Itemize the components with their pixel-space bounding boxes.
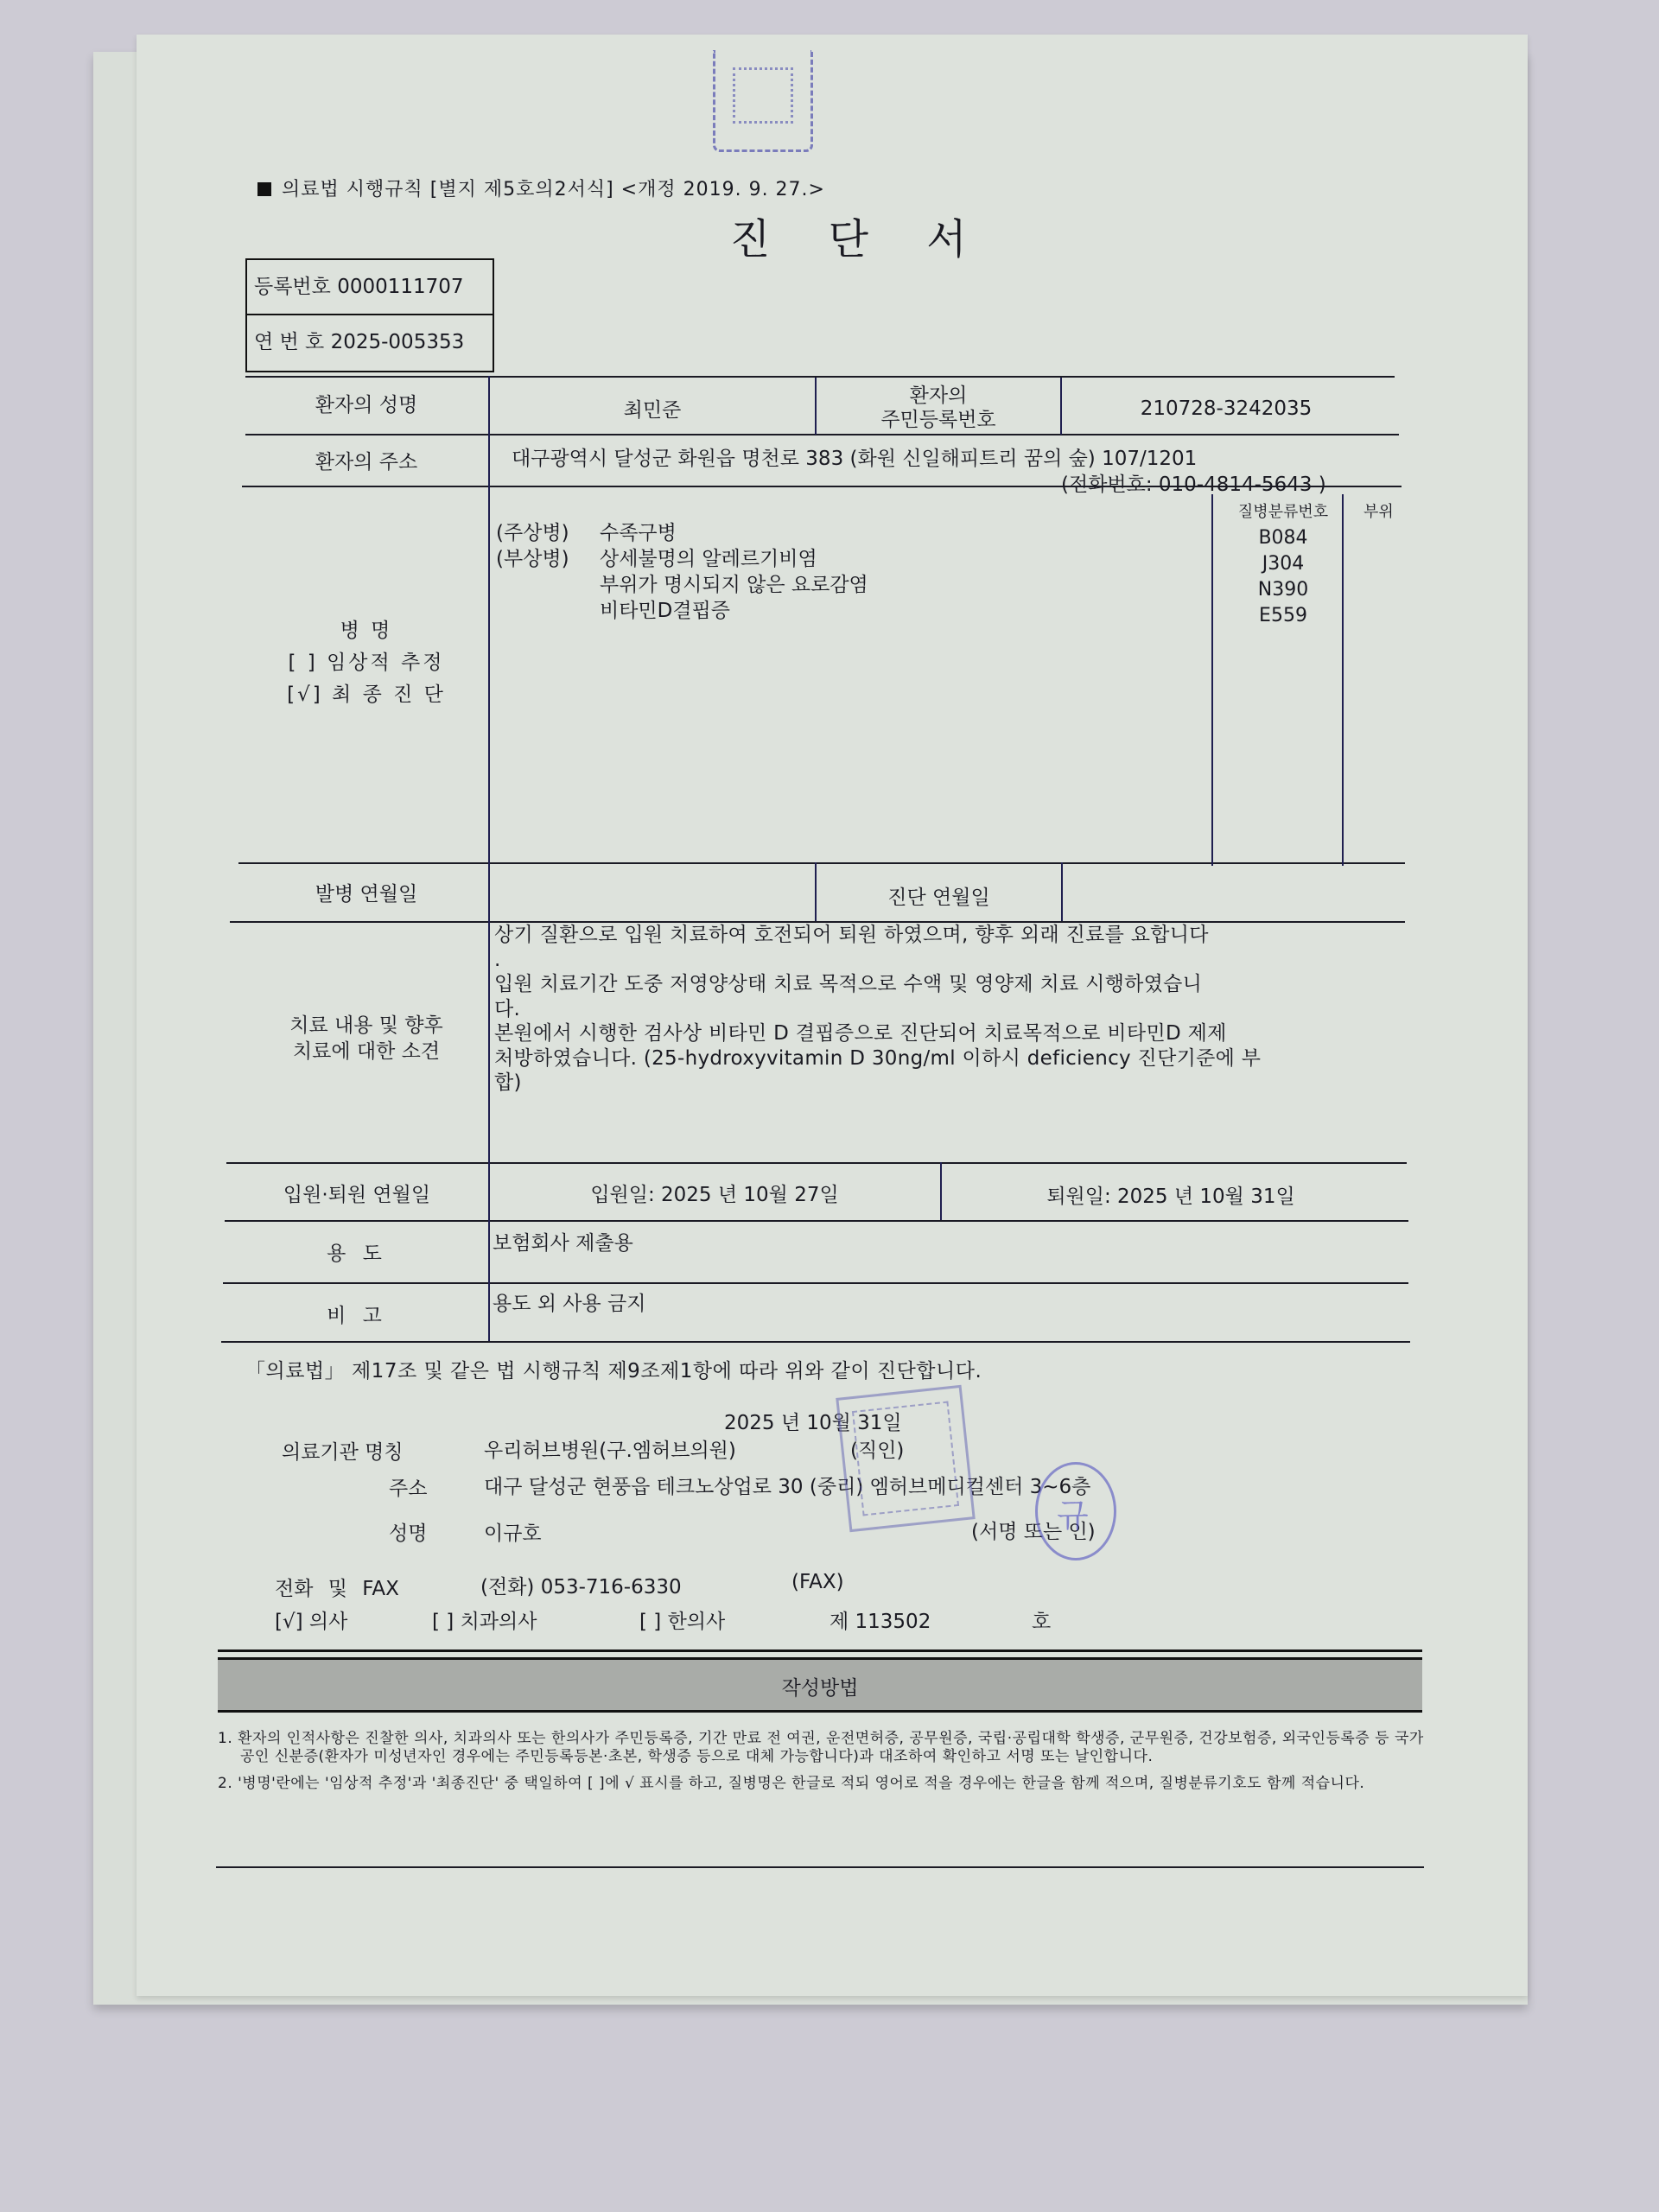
opinion-line: 처방하였습니다. (25-hydroxyvitamin D 30ng/ml 이하… <box>494 1046 1402 1071</box>
diagnosis-item: (주상병)수족구병 <box>496 520 868 546</box>
registration-box: 등록번호 0000111707 연 번 호 2025-005353 <box>245 258 494 372</box>
opinion-line: 입원 치료기간 도중 저영양상태 치료 목적으로 수액 및 영양제 치료 시행하… <box>494 972 1402 997</box>
admission-label: 입원·퇴원 연월일 <box>226 1179 487 1207</box>
diagnosis-name: 상세불명의 알레르기비염 <box>600 548 817 570</box>
phone-fax-label: 전화 및 FAX <box>275 1573 399 1601</box>
instructions-header-bar: 작성방법 <box>218 1657 1422 1713</box>
opinion-line: 상기 질환으로 입원 치료하여 호전되어 퇴원 하였으며, 향후 외래 진료를 … <box>494 923 1402 948</box>
column-divider <box>1061 862 1063 921</box>
serial-number: 연 번 호 2025-005353 <box>247 314 493 369</box>
serial-value: 2025-005353 <box>331 331 465 353</box>
remarks-label: 비 고 <box>226 1300 487 1328</box>
rrn-label-line1: 환자의 <box>817 384 1060 408</box>
doctor-name: 이규호 <box>484 1517 542 1546</box>
treatment-label-line2: 치료에 대한 소견 <box>245 1039 487 1065</box>
certification-statement: 「의료법」 제17조 및 같은 법 시행규칙 제9조제1항에 따라 위와 같이 … <box>245 1355 982 1383</box>
patient-phone: (전화번호: 010-4814-5643 ) <box>1061 468 1326 497</box>
diagnosis-prefix: (주상병) <box>496 520 600 546</box>
table-border-bottom <box>221 1341 1410 1343</box>
disease-code: E559 <box>1210 603 1357 629</box>
registration-number: 등록번호 0000111707 <box>247 260 493 314</box>
treatment-opinion: 상기 질환으로 입원 치료하여 호전되어 퇴원 하였으며, 향후 외래 진료를 … <box>494 923 1402 1096</box>
clinical-estimate-checkbox[interactable]: [ ] 임상적 추정 <box>245 647 487 679</box>
instructions-list: 1. 환자의 인적사항은 진찰한 의사, 치과의사 또는 한의사가 주민등록증,… <box>218 1730 1427 1802</box>
doctor-name-label: 성명 <box>389 1517 427 1546</box>
treatment-label: 치료 내용 및 향후 치료에 대한 소견 <box>245 1013 487 1065</box>
institution-address-label: 주소 <box>389 1472 427 1501</box>
treatment-label-line1: 치료 내용 및 향후 <box>245 1013 487 1039</box>
serial-label: 연 번 호 <box>254 331 324 353</box>
form-reference: 의료법 시행규칙 [별지 제5호의2서식] <개정 2019. 9. 27.> <box>257 175 825 201</box>
document-title: 진 단 서 <box>730 206 989 265</box>
opinion-line: 다. <box>494 997 1402 1022</box>
instruction-item: 1. 환자의 인적사항은 진찰한 의사, 치과의사 또는 한의사가 주민등록증,… <box>218 1730 1427 1766</box>
onset-date-label: 발병 연월일 <box>245 878 487 906</box>
square-bullet-icon <box>257 182 271 196</box>
license-doctor[interactable]: [√] 의사 <box>275 1605 347 1634</box>
opinion-line: 합) <box>494 1071 1402 1096</box>
disease-codes: 질병분류번호 B084 J304 N390 E559 <box>1210 499 1357 629</box>
row-divider <box>225 1220 1408 1222</box>
reg-no-label: 등록번호 <box>254 276 331 298</box>
site-header: 부위 <box>1363 499 1394 522</box>
diagnosis-item: 비타민D결핍증 <box>496 598 868 624</box>
opinion-line: . <box>494 948 1402 973</box>
rrn-label-line2: 주민등록번호 <box>817 408 1060 432</box>
disease-code: B084 <box>1210 525 1357 551</box>
row-divider <box>245 434 1399 435</box>
diagnosis-list: (주상병)수족구병 (부상병)상세불명의 알레르기비염 부위가 명시되지 않은 … <box>496 520 868 624</box>
doctor-personal-seal: 규 <box>1035 1462 1116 1560</box>
purpose-value: 보험회사 제출용 <box>493 1227 633 1255</box>
hospital-seal-top <box>713 50 813 152</box>
address-label: 환자의 주소 <box>245 446 487 474</box>
row-divider <box>238 862 1405 864</box>
instruction-item: 2. '병명'란에는 '임상적 추정'과 '최종진단' 중 택일하여 [ ]에 … <box>218 1775 1427 1793</box>
license-number: 제 113502 <box>829 1605 931 1634</box>
opinion-line: 본원에서 시행한 검사상 비타민 D 결핍증으로 진단되어 치료목적으로 비타민… <box>494 1021 1402 1046</box>
diagnosis-item: 부위가 명시되지 않은 요로감염 <box>496 572 868 598</box>
diagnosis-section-label: 병 명 <box>245 615 487 647</box>
instructions-bottom-line <box>216 1866 1424 1868</box>
row-divider <box>223 1282 1408 1284</box>
diagnosis-name: 비타민D결핍증 <box>600 600 730 622</box>
admission-date: 입원일: 2025 년 10월 27일 <box>490 1179 939 1207</box>
diagnosis-name: 수족구병 <box>600 522 677 544</box>
license-oriental-doctor[interactable]: [ ] 한의사 <box>639 1605 725 1634</box>
diagnosis-label-group: 병 명 [ ] 임상적 추정 [√] 최 종 진 단 <box>245 615 487 711</box>
instructions-title: 작성방법 <box>218 1672 1422 1700</box>
code-header: 질병분류번호 <box>1210 499 1357 525</box>
institution-label: 의료기관 명칭 <box>282 1436 404 1465</box>
license-suffix: 호 <box>1032 1605 1051 1634</box>
form-reference-text: 의료법 시행규칙 [별지 제5호의2서식] <개정 2019. 9. 27.> <box>282 179 825 200</box>
institution-address: 대구 달성군 현풍읍 테크노상업로 30 (중리) 엠허브메디컬센터 3~6층 <box>484 1471 1090 1499</box>
patient-name: 최민준 <box>490 394 815 423</box>
rrn-label: 환자의주민등록번호 <box>817 384 1060 432</box>
disease-code: N390 <box>1210 577 1357 603</box>
final-diagnosis-checkbox[interactable]: [√] 최 종 진 단 <box>245 679 487 711</box>
reg-no-value: 0000111707 <box>337 276 463 298</box>
patient-address: 대구광역시 달성군 화원읍 명천로 383 (화원 신일해피트리 꿈의 숲) 1… <box>512 442 1197 471</box>
seal-text: 규 <box>1057 1489 1089 1536</box>
patient-name-label: 환자의 성명 <box>245 389 487 417</box>
diagnosis-item: (부상병)상세불명의 알레르기비염 <box>496 546 868 572</box>
purpose-label: 용 도 <box>226 1237 487 1266</box>
hospital-official-seal <box>836 1385 976 1532</box>
discharge-date: 퇴원일: 2025 년 10월 31일 <box>942 1180 1400 1209</box>
diagnosis-name: 부위가 명시되지 않은 요로감염 <box>600 574 868 596</box>
row-divider <box>226 1162 1407 1164</box>
institution-fax: (FAX) <box>791 1571 844 1593</box>
disease-code: J304 <box>1210 551 1357 577</box>
institution-name: 우리허브병원(구.엠허브의원) <box>484 1434 736 1463</box>
license-dentist[interactable]: [ ] 치과의사 <box>432 1605 537 1634</box>
diagnosis-prefix: (부상병) <box>496 546 600 572</box>
patient-rrn: 210728-3242035 <box>1062 397 1390 420</box>
institution-phone: (전화) 053-716-6330 <box>480 1571 682 1599</box>
table-border-top <box>245 376 1395 378</box>
diagnosis-date-label: 진단 연월일 <box>817 881 1061 910</box>
remarks-value: 용도 외 사용 금지 <box>493 1287 645 1316</box>
